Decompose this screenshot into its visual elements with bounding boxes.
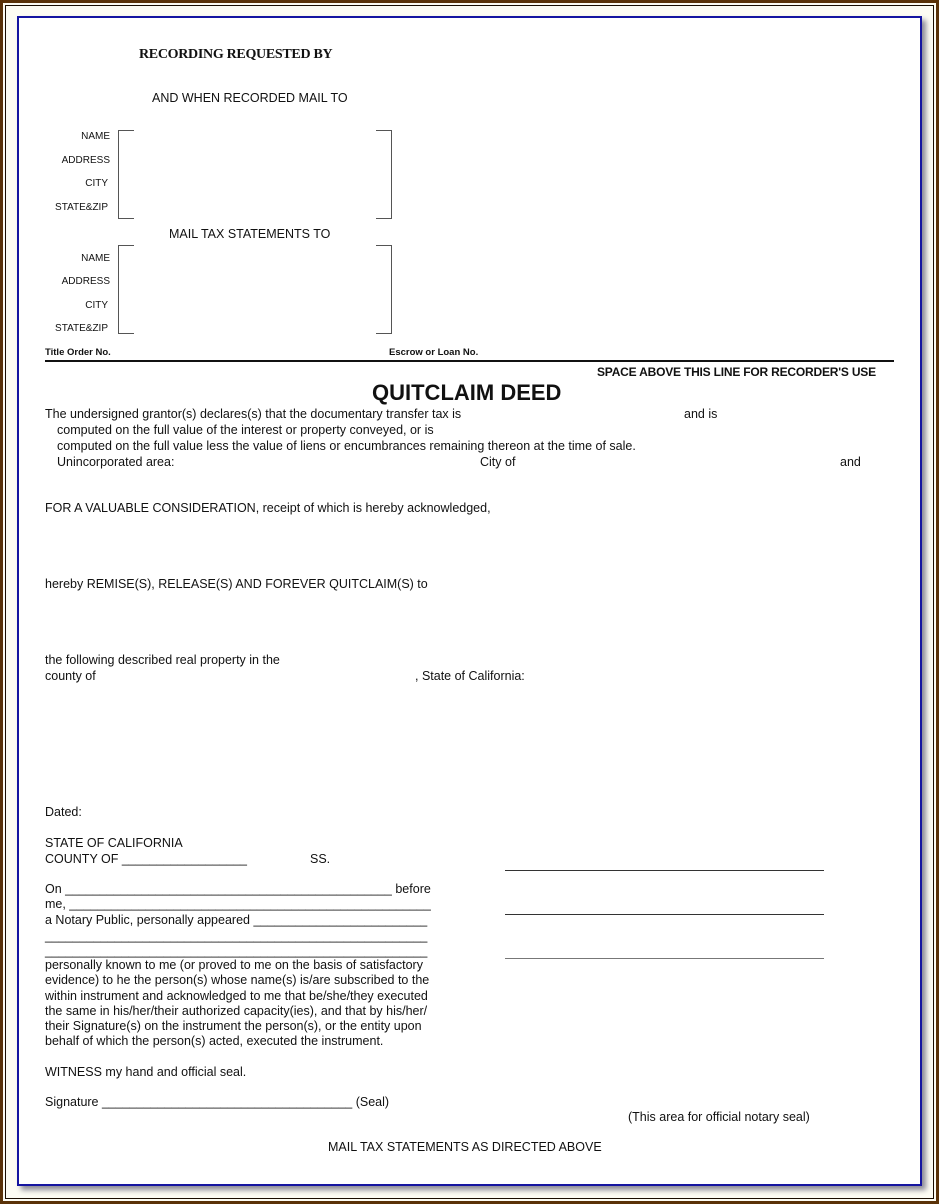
label-state-zip: STATE&ZIP — [38, 202, 108, 213]
notary-state: STATE OF CALIFORNIA — [45, 836, 183, 850]
notary-signature-field[interactable]: Signature ______________________________… — [45, 1095, 389, 1109]
recorders-use-notice: SPACE ABOVE THIS LINE FOR RECORDER'S USE — [597, 365, 876, 379]
city-of-label: City of — [480, 455, 515, 469]
address-field-bracket-left[interactable] — [118, 130, 134, 219]
recording-requested-by: RECORDING REQUESTED BY — [139, 47, 332, 63]
quitclaim-to-statement: hereby REMISE(S), RELEASE(S) AND FOREVER… — [45, 577, 428, 591]
property-description-label: the following described real property in… — [45, 653, 280, 667]
footer-mail-tax-statement: MAIL TAX STATEMENTS AS DIRECTED ABOVE — [328, 1140, 602, 1154]
label-name: NAME — [40, 131, 110, 142]
county-of-label: county of — [45, 669, 96, 683]
unincorporated-area-label: Unincorporated area: — [57, 455, 174, 469]
dated-label: Dated: — [45, 805, 82, 819]
consideration-statement: FOR A VALUABLE CONSIDERATION, receipt of… — [45, 501, 491, 515]
acknowledgment-text: personally known to me (or proved to me … — [45, 958, 470, 1050]
notary-blank-line[interactable]: ________________________________________… — [45, 929, 427, 943]
label-state-zip: STATE&ZIP — [38, 323, 108, 334]
label-city: CITY — [38, 178, 108, 189]
option-less-liens[interactable]: computed on the full value less the valu… — [57, 439, 636, 453]
label-address: ADDRESS — [40, 276, 110, 287]
recorder-divider-line — [45, 360, 894, 362]
grantor-signature-line[interactable] — [505, 870, 824, 871]
transfer-tax-statement: The undersigned grantor(s) declares(s) t… — [45, 407, 461, 421]
and-text: and — [840, 455, 861, 469]
when-recorded-mail-to: AND WHEN RECORDED MAIL TO — [152, 91, 348, 105]
label-name: NAME — [40, 253, 110, 264]
notary-ss: SS. — [310, 852, 330, 866]
grantor-signature-line[interactable] — [505, 914, 824, 915]
quitclaim-deed-document: RECORDING REQUESTED BY AND WHEN RECORDED… — [17, 16, 922, 1186]
address-field-bracket-right — [376, 245, 392, 334]
notary-county-field[interactable]: COUNTY OF __________________ — [45, 852, 247, 866]
grantor-signature-line[interactable] — [505, 958, 824, 959]
mail-tax-statements-to: MAIL TAX STATEMENTS TO — [169, 227, 330, 241]
option-full-value[interactable]: computed on the full value of the intere… — [57, 423, 434, 437]
state-of-california-text: , State of California: — [415, 669, 525, 683]
escrow-or-loan-no: Escrow or Loan No. — [389, 347, 478, 358]
and-is-text: and is — [684, 407, 717, 421]
page-title: QUITCLAIM DEED — [372, 380, 561, 406]
notary-me-field[interactable]: me, ____________________________________… — [45, 897, 431, 911]
witness-statement: WITNESS my hand and official seal. — [45, 1065, 246, 1079]
address-field-bracket-right — [376, 130, 392, 219]
notary-on-date-field[interactable]: On _____________________________________… — [45, 882, 431, 896]
notary-personally-appeared-field[interactable]: a Notary Public, personally appeared ___… — [45, 913, 427, 927]
notary-blank-line[interactable]: ________________________________________… — [45, 944, 427, 958]
address-field-bracket-left[interactable] — [118, 245, 134, 334]
label-city: CITY — [38, 300, 108, 311]
notary-seal-area: (This area for official notary seal) — [628, 1110, 810, 1124]
label-address: ADDRESS — [40, 155, 110, 166]
title-order-no: Title Order No. — [45, 347, 111, 358]
